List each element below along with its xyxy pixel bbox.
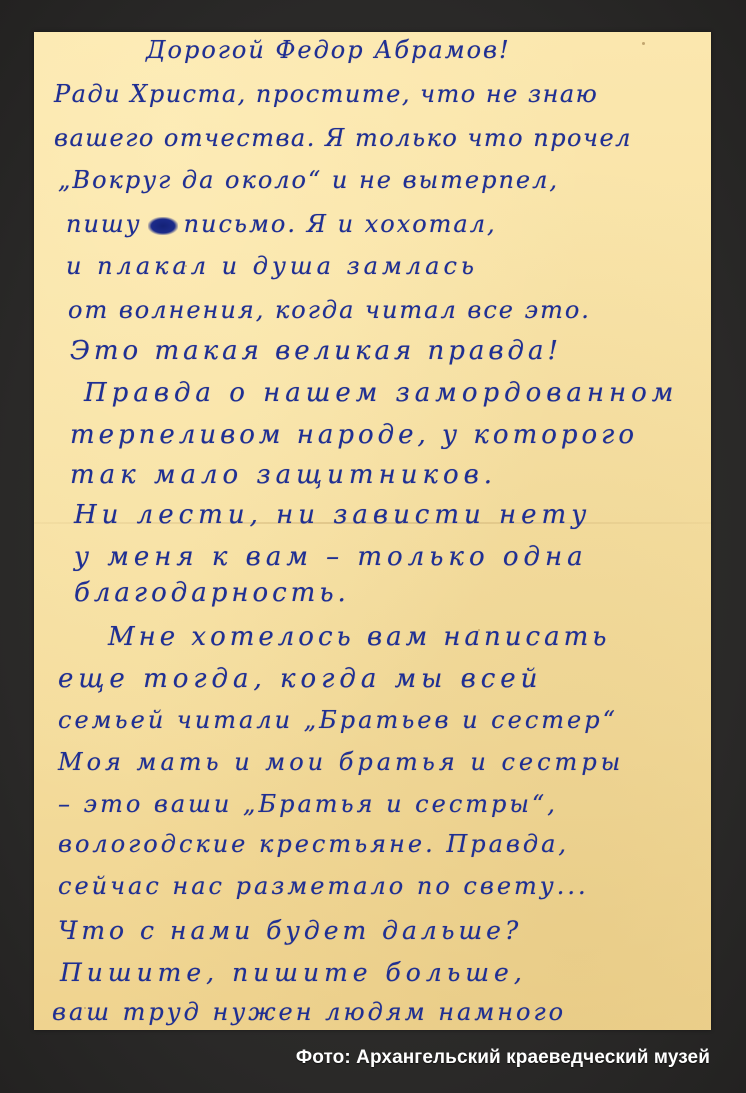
letter-line: Пишите, пишите больше, [60, 960, 527, 985]
letter-word: пишу [66, 210, 142, 238]
letter-line: Моя мать и мои братья и сестры [58, 750, 624, 774]
letter-line: от волнения, когда читал все это. [68, 298, 591, 322]
letter-line: вологодские крестьяне. Правда, [58, 832, 569, 856]
photo-credit-caption: Фото: Архангельский краеведческий музей [296, 1047, 710, 1069]
letter-salutation: Дорогой Федор Абрамов! [146, 38, 511, 62]
letter-line: терпеливом народе, у которого [70, 422, 638, 448]
letter-line: Ни лести, ни зависти нету [74, 502, 591, 528]
letter-line: Мне хотелось вам написать [108, 624, 610, 650]
letter-line: Что с нами будет дальше? [58, 918, 522, 943]
letter-line: Правда о нашем замордованном [84, 380, 678, 406]
letter-line: так мало защитников. [70, 462, 497, 488]
letter-line: Это такая великая правда! [70, 338, 562, 364]
letter-line: у меня к вам – только одна [74, 544, 588, 570]
letter-line: и плакал и душа замлась [66, 254, 478, 278]
ink-blot-crossed-out-word [148, 217, 178, 235]
letter-line: еще тогда, когда мы всей [58, 666, 542, 692]
letter-line: „Вокруг да около“ и не вытерпел, [58, 168, 559, 192]
letter-line: семьей читали „Братьев и сестер“ [58, 708, 618, 732]
letter-paper: Дорогой Федор Абрамов! Ради Христа, прос… [34, 32, 711, 1030]
letter-line: сейчас нас разметало по свету... [58, 874, 589, 898]
letter-line: ваш труд нужен людям намного [52, 1000, 566, 1024]
letter-line: – это ваши „Братья и сестры“, [58, 792, 558, 816]
letter-line: пишуписьмо. Я и хохотал, [66, 212, 497, 236]
letter-line: Ради Христа, простите, что не знаю [54, 82, 598, 106]
paper-speck [642, 42, 645, 45]
letter-word: письмо. Я и хохотал, [184, 210, 497, 238]
letter-line: благодарность. [74, 580, 350, 606]
letter-line: вашего отчества. Я только что прочел [54, 126, 632, 150]
